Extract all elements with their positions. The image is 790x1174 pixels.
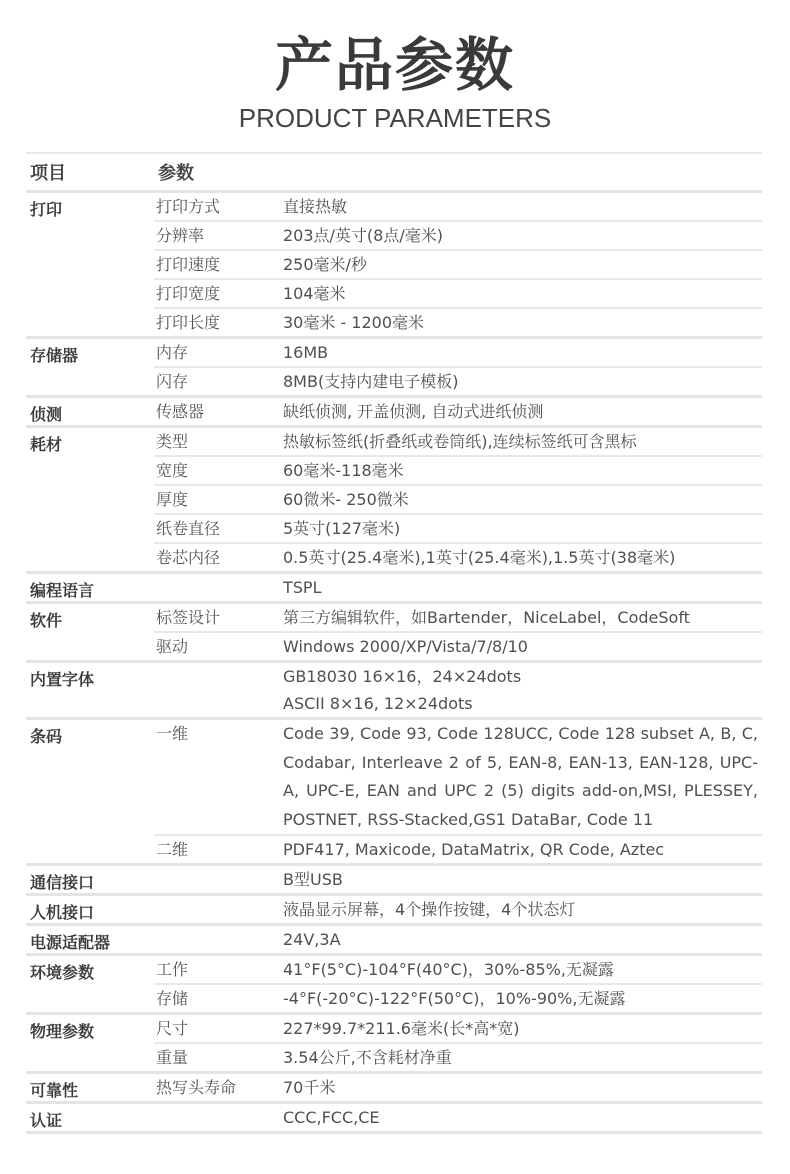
group-rows: 尺寸227*99.7*211.6毫米(长*高*宽)重量3.54公斤,不含耗材净重: [154, 1015, 762, 1071]
row-value: B型USB: [283, 866, 762, 893]
table-group: 软件标签设计第三方编辑软件，如Bartender，NiceLabel，CodeS…: [26, 604, 762, 663]
row-value: 30毫米 - 1200毫米: [283, 309, 762, 336]
row-key: 重量: [154, 1044, 283, 1071]
group-name: 认证: [26, 1104, 154, 1131]
row-key: 打印方式: [154, 193, 283, 220]
group-name: 内置字体: [26, 663, 154, 717]
table-group: 内置字体GB18030 16×16，24×24dotsASCII 8×16, 1…: [26, 663, 762, 720]
table-row: 宽度60毫米-118毫米: [154, 457, 762, 486]
table-row: 内存16MB: [154, 339, 762, 368]
table-row: CCC,FCC,CE: [154, 1104, 762, 1131]
group-name: 打印: [26, 193, 154, 336]
table-group: 物理参数尺寸227*99.7*211.6毫米(长*高*宽)重量3.54公斤,不含…: [26, 1015, 762, 1074]
row-key: 宽度: [154, 457, 283, 484]
table-row: 厚度60微米- 250微米: [154, 486, 762, 515]
table-row: 存储-4°F(-20°C)-122°F(50°C)，10%-90%,无凝露: [154, 985, 762, 1012]
table-row: 分辨率203点/英寸(8点/毫米): [154, 222, 762, 251]
column-header-item: 项目: [26, 159, 158, 185]
row-value: 104毫米: [283, 280, 762, 307]
table-row: 热写头寿命70千米: [154, 1074, 762, 1101]
row-key: 驱动: [154, 633, 283, 660]
group-rows: 液晶显示屏幕，4个操作按键，4个状态灯: [154, 896, 762, 923]
table-row: TSPL: [154, 574, 762, 601]
row-key: 卷芯内径: [154, 544, 283, 571]
table-group: 通信接口B型USB: [26, 866, 762, 896]
table-row: 打印宽度104毫米: [154, 280, 762, 309]
row-value: 3.54公斤,不含耗材净重: [283, 1044, 762, 1071]
row-value: GB18030 16×16，24×24dotsASCII 8×16, 12×24…: [283, 663, 762, 717]
row-key: 存储: [154, 985, 283, 1012]
table-row: 传感器缺纸侦测, 开盖侦测, 自动式进纸侦测: [154, 398, 762, 425]
table-group: 侦测传感器缺纸侦测, 开盖侦测, 自动式进纸侦测: [26, 398, 762, 428]
table-row: 24V,3A: [154, 926, 762, 953]
row-key: [154, 896, 283, 923]
group-name: 可靠性: [26, 1074, 154, 1101]
page-title: 产品参数: [0, 30, 790, 100]
table-row: 打印速度250毫米/秒: [154, 251, 762, 280]
table-header: 项目 参数: [26, 154, 762, 193]
group-name: 编程语言: [26, 574, 154, 601]
table-group: 可靠性热写头寿命70千米: [26, 1074, 762, 1104]
table-body: 打印打印方式直接热敏分辨率203点/英寸(8点/毫米)打印速度250毫米/秒打印…: [26, 193, 762, 1134]
group-rows: 热写头寿命70千米: [154, 1074, 762, 1101]
table-row: 闪存8MB(支持内建电子模板): [154, 368, 762, 395]
table-row: 液晶显示屏幕，4个操作按键，4个状态灯: [154, 896, 762, 923]
group-rows: 内存16MB闪存8MB(支持内建电子模板): [154, 339, 762, 395]
group-rows: B型USB: [154, 866, 762, 893]
row-value-line: ASCII 8×16, 12×24dots: [283, 690, 758, 717]
table-row: 驱动Windows 2000/XP/Vista/7/8/10: [154, 633, 762, 660]
row-value: 250毫米/秒: [283, 251, 762, 278]
table-row: 打印方式直接热敏: [154, 193, 762, 222]
row-key: 打印长度: [154, 309, 283, 336]
row-value: 41°F(5°C)-104°F(40°C)，30%-85%,无凝露: [283, 956, 762, 983]
row-key: 一维: [154, 720, 283, 834]
row-key: 打印速度: [154, 251, 283, 278]
row-value: CCC,FCC,CE: [283, 1104, 762, 1131]
table-group: 环境参数工作41°F(5°C)-104°F(40°C)，30%-85%,无凝露存…: [26, 956, 762, 1015]
table-row: 标签设计第三方编辑软件，如Bartender，NiceLabel，CodeSof…: [154, 604, 762, 633]
row-key: [154, 663, 283, 717]
row-key: 分辨率: [154, 222, 283, 249]
row-key: 尺寸: [154, 1015, 283, 1042]
table-row: GB18030 16×16，24×24dotsASCII 8×16, 12×24…: [154, 663, 762, 717]
page-subtitle: PRODUCT PARAMETERS: [0, 100, 790, 136]
row-value: -4°F(-20°C)-122°F(50°C)，10%-90%,无凝露: [283, 985, 762, 1012]
group-rows: 类型热敏标签纸(折叠纸或卷筒纸),连续标签纸可含黑标宽度60毫米-118毫米厚度…: [154, 428, 762, 571]
group-name: 环境参数: [26, 956, 154, 1012]
row-value: 0.5英寸(25.4毫米),1英寸(25.4毫米),1.5英寸(38毫米): [283, 544, 762, 571]
row-value: PDF417, Maxicode, DataMatrix, QR Code, A…: [283, 836, 762, 863]
group-name: 软件: [26, 604, 154, 660]
group-name: 通信接口: [26, 866, 154, 893]
row-value: Code 39, Code 93, Code 128UCC, Code 128 …: [283, 720, 762, 834]
group-rows: 打印方式直接热敏分辨率203点/英寸(8点/毫米)打印速度250毫米/秒打印宽度…: [154, 193, 762, 336]
table-row: 重量3.54公斤,不含耗材净重: [154, 1044, 762, 1071]
row-value: TSPL: [283, 574, 762, 601]
row-value: 203点/英寸(8点/毫米): [283, 222, 762, 249]
group-rows: CCC,FCC,CE: [154, 1104, 762, 1131]
group-rows: 工作41°F(5°C)-104°F(40°C)，30%-85%,无凝露存储-4°…: [154, 956, 762, 1012]
table-group: 人机接口液晶显示屏幕，4个操作按键，4个状态灯: [26, 896, 762, 926]
group-rows: TSPL: [154, 574, 762, 601]
row-key: 传感器: [154, 398, 283, 425]
parameters-table: 项目 参数 打印打印方式直接热敏分辨率203点/英寸(8点/毫米)打印速度250…: [26, 152, 762, 1134]
row-key: 类型: [154, 428, 283, 455]
row-key: 纸卷直径: [154, 515, 283, 542]
group-rows: 24V,3A: [154, 926, 762, 953]
row-value-line: GB18030 16×16，24×24dots: [283, 663, 758, 690]
table-row: B型USB: [154, 866, 762, 893]
row-key: [154, 1104, 283, 1131]
group-name: 条码: [26, 720, 154, 863]
row-key: 闪存: [154, 368, 283, 395]
table-row: 卷芯内径0.5英寸(25.4毫米),1英寸(25.4毫米),1.5英寸(38毫米…: [154, 544, 762, 571]
row-value: 缺纸侦测, 开盖侦测, 自动式进纸侦测: [283, 398, 762, 425]
group-rows: 传感器缺纸侦测, 开盖侦测, 自动式进纸侦测: [154, 398, 762, 425]
row-value: 液晶显示屏幕，4个操作按键，4个状态灯: [283, 896, 762, 923]
row-value: 5英寸(127毫米): [283, 515, 762, 542]
row-key: 热写头寿命: [154, 1074, 283, 1101]
row-value: 227*99.7*211.6毫米(长*高*宽): [283, 1015, 762, 1042]
row-value: 70千米: [283, 1074, 762, 1101]
row-value: Windows 2000/XP/Vista/7/8/10: [283, 633, 762, 660]
group-name: 物理参数: [26, 1015, 154, 1071]
group-rows: 标签设计第三方编辑软件，如Bartender，NiceLabel，CodeSof…: [154, 604, 762, 660]
row-key: 二维: [154, 836, 283, 863]
table-group: 认证CCC,FCC,CE: [26, 1104, 762, 1134]
row-key: 内存: [154, 339, 283, 366]
table-row: 二维PDF417, Maxicode, DataMatrix, QR Code,…: [154, 836, 762, 863]
table-group: 存储器内存16MB闪存8MB(支持内建电子模板): [26, 339, 762, 398]
group-rows: 一维Code 39, Code 93, Code 128UCC, Code 12…: [154, 720, 762, 863]
row-key: 厚度: [154, 486, 283, 513]
table-row: 打印长度30毫米 - 1200毫米: [154, 309, 762, 336]
group-name: 存储器: [26, 339, 154, 395]
table-row: 一维Code 39, Code 93, Code 128UCC, Code 12…: [154, 720, 762, 836]
row-key: [154, 926, 283, 953]
group-name: 人机接口: [26, 896, 154, 923]
row-value: 8MB(支持内建电子模板): [283, 368, 762, 395]
table-row: 尺寸227*99.7*211.6毫米(长*高*宽): [154, 1015, 762, 1044]
table-row: 纸卷直径5英寸(127毫米): [154, 515, 762, 544]
group-name: 耗材: [26, 428, 154, 571]
row-value: 第三方编辑软件，如Bartender，NiceLabel，CodeSoft: [283, 604, 762, 631]
table-group: 电源适配器24V,3A: [26, 926, 762, 956]
row-value: 60毫米-118毫米: [283, 457, 762, 484]
table-group: 耗材类型热敏标签纸(折叠纸或卷筒纸),连续标签纸可含黑标宽度60毫米-118毫米…: [26, 428, 762, 574]
column-header-parameter: 参数: [158, 159, 194, 185]
row-key: 打印宽度: [154, 280, 283, 307]
row-value: 直接热敏: [283, 193, 762, 220]
row-key: [154, 574, 283, 601]
row-value: 24V,3A: [283, 926, 762, 953]
group-name: 侦测: [26, 398, 154, 425]
row-value: 16MB: [283, 339, 762, 366]
table-row: 工作41°F(5°C)-104°F(40°C)，30%-85%,无凝露: [154, 956, 762, 985]
row-value: 60微米- 250微米: [283, 486, 762, 513]
group-rows: GB18030 16×16，24×24dotsASCII 8×16, 12×24…: [154, 663, 762, 717]
table-group: 编程语言TSPL: [26, 574, 762, 604]
table-group: 条码一维Code 39, Code 93, Code 128UCC, Code …: [26, 720, 762, 866]
row-value: 热敏标签纸(折叠纸或卷筒纸),连续标签纸可含黑标: [283, 428, 762, 455]
table-row: 类型热敏标签纸(折叠纸或卷筒纸),连续标签纸可含黑标: [154, 428, 762, 457]
table-group: 打印打印方式直接热敏分辨率203点/英寸(8点/毫米)打印速度250毫米/秒打印…: [26, 193, 762, 339]
row-key: 标签设计: [154, 604, 283, 631]
row-key: 工作: [154, 956, 283, 983]
row-key: [154, 866, 283, 893]
group-name: 电源适配器: [26, 926, 154, 953]
